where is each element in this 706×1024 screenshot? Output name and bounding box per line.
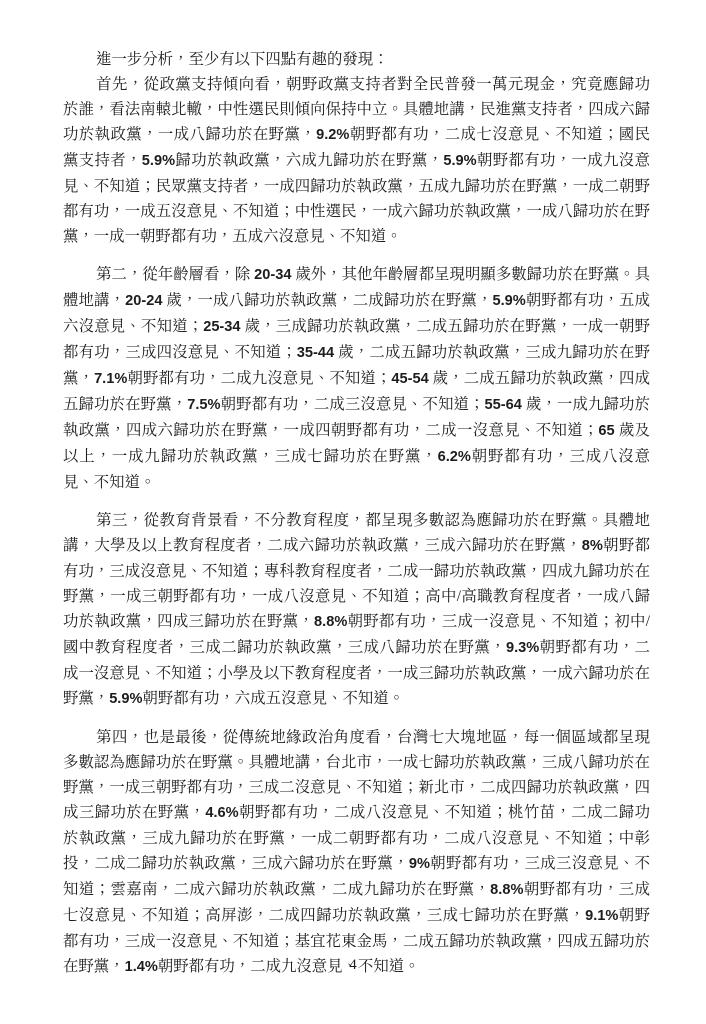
numeral: 6.2% — [438, 449, 471, 465]
numeral: 9% — [409, 856, 430, 872]
numeral: 8.8% — [490, 882, 523, 898]
numeral: 8% — [582, 538, 603, 554]
document-page: 進一步分析，至少有以下四點有趣的發現： 首先，從政黨支持傾向看，朝野政黨支持者對… — [0, 0, 706, 1024]
numeral: 20-24 — [125, 293, 162, 309]
numeral: 5.9% — [492, 293, 525, 309]
paragraph-party-support: 首先，從政黨支持傾向看，朝野政黨支持者對全民普發一萬元現金，究竟應歸功於誰，看法… — [63, 72, 650, 249]
paragraph-intro: 進一步分析，至少有以下四點有趣的發現： — [63, 47, 650, 72]
paragraph-age-groups: 第二，從年齡層看，除 20-34 歲外，其他年齡層都呈現明顯多數歸功於在野黨。具… — [63, 262, 650, 495]
numeral: 25-34 — [203, 319, 240, 335]
numeral: 9.1% — [585, 908, 618, 924]
numeral: 7.5% — [187, 397, 220, 413]
numeral: 45-54 — [391, 371, 428, 387]
numeral: 4.6% — [205, 805, 238, 821]
numeral: 9.2% — [316, 127, 349, 143]
numeral: 8.8% — [314, 614, 347, 630]
numeral: 20-34 — [254, 267, 291, 283]
numeral: 55-64 — [485, 397, 522, 413]
numeral: 35-44 — [297, 345, 334, 361]
page-number: 4 — [0, 957, 706, 974]
numeral: 5.9% — [443, 153, 476, 169]
numeral: 7.1% — [94, 371, 127, 387]
numeral: 5.9% — [109, 691, 142, 707]
paragraph-regions: 第四，也是最後，從傳統地緣政治角度看，台灣七大塊地區，每一個區域都呈現多數認為應… — [63, 725, 650, 980]
paragraph-education: 第三，從教育背景看，不分教育程度，都呈現多數認為應歸功於在野黨。具體地講，大學及… — [63, 508, 650, 712]
numeral: 65 — [598, 423, 614, 439]
numeral: 5.9% — [142, 153, 175, 169]
numeral: 9.3% — [506, 640, 539, 656]
